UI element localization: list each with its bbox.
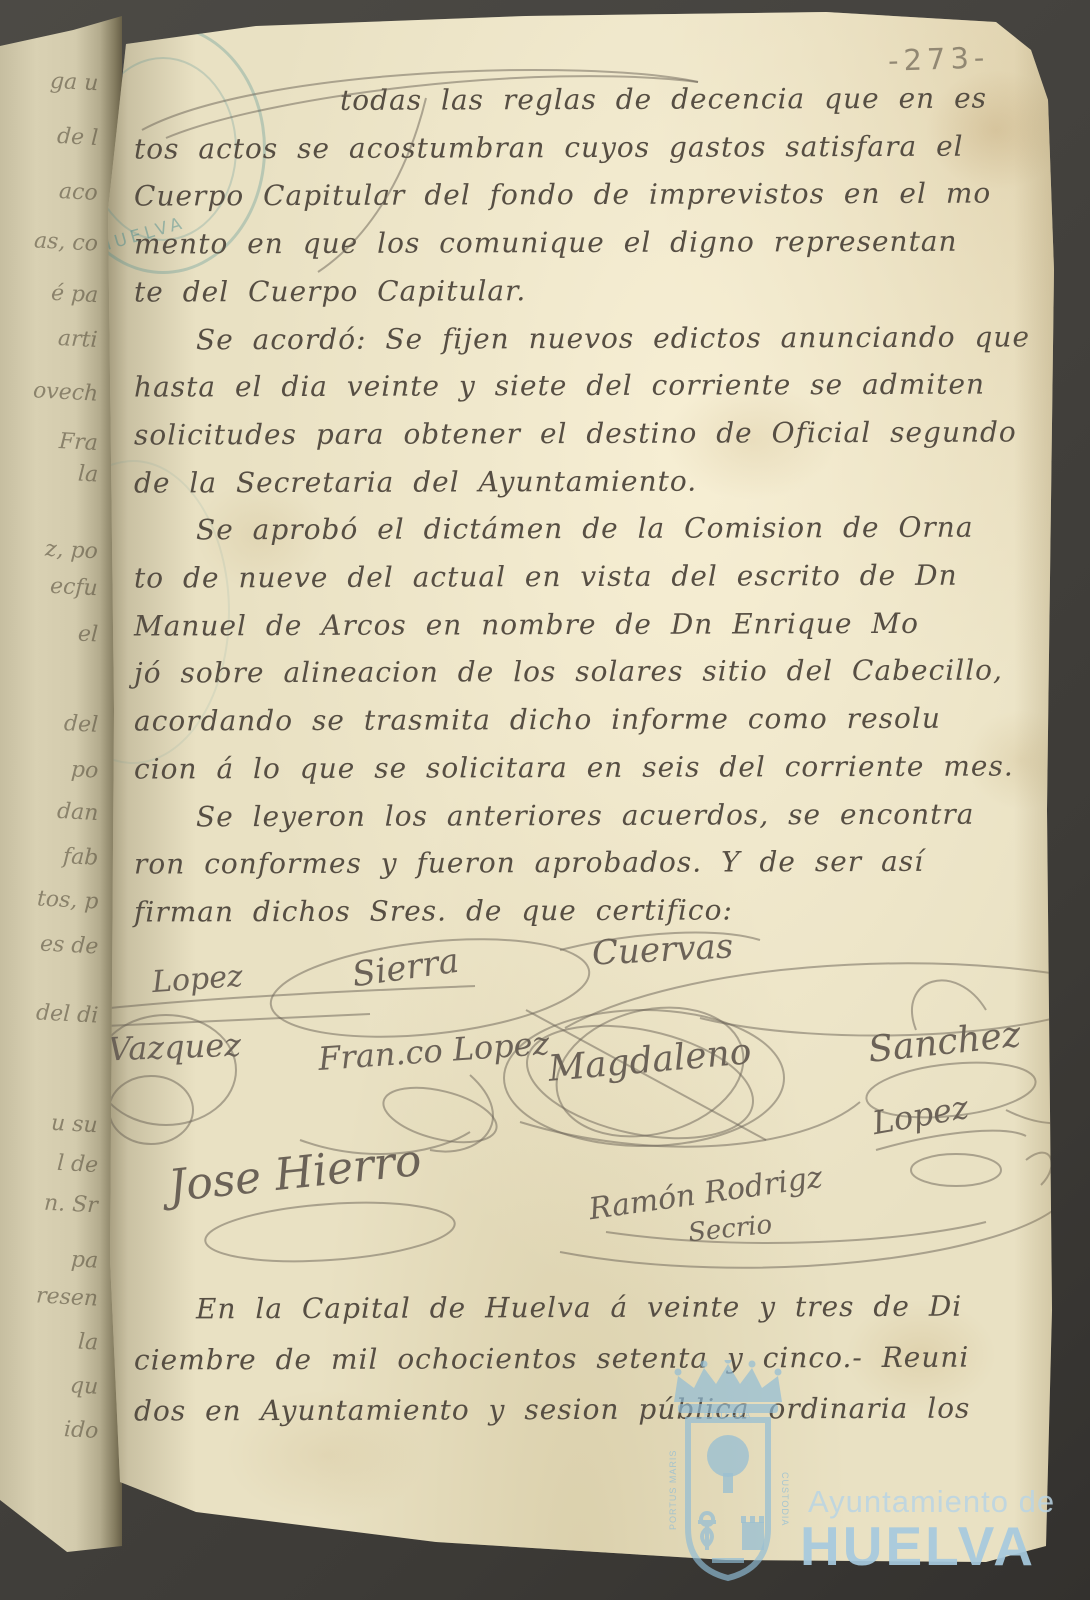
prev-page-text-fragment: pa bbox=[70, 1247, 98, 1273]
manuscript-closing: En la Capital de Huelva á veinte y tres … bbox=[134, 1282, 1029, 1435]
manuscript-line: Se aprobó el dictámen de la Comision de … bbox=[134, 504, 1029, 555]
prev-page-text-fragment: el bbox=[77, 621, 98, 647]
manuscript-line: de la Secretaria del Ayuntamiento. bbox=[134, 456, 1029, 507]
signature: Magdaleno bbox=[547, 1031, 753, 1090]
prev-page-text-fragment: ovech bbox=[32, 378, 98, 406]
prev-page-text-fragment: as, co bbox=[33, 228, 98, 256]
prev-page-text-fragment: fab bbox=[62, 844, 99, 871]
signature: Jose Hierro bbox=[166, 1135, 424, 1212]
manuscript-line: dos en Ayuntamiento y sesion pública ord… bbox=[134, 1382, 1029, 1436]
manuscript-body: todas las reglas de decencia que en es t… bbox=[134, 76, 1029, 935]
prev-page-text-fragment: arti bbox=[58, 326, 99, 353]
prev-page-text-fragment: Fra bbox=[58, 429, 98, 456]
manuscript-line: ciembre de mil ochocientos setenta y cin… bbox=[134, 1331, 1029, 1385]
manuscript-line: te del Cuerpo Capitular. bbox=[134, 265, 1029, 316]
prev-page-text-fragment: z, po bbox=[44, 537, 98, 565]
prev-page-text-fragment: tos, p bbox=[36, 886, 99, 914]
manuscript-line: Cuerpo Capitular del fondo de imprevisto… bbox=[134, 170, 1029, 221]
signature: Secrio bbox=[687, 1210, 774, 1249]
signature: Sierra bbox=[350, 941, 462, 996]
manuscript-line: cion á lo que se solicitara en seis del … bbox=[134, 742, 1029, 793]
prev-page-text-fragment: u su bbox=[51, 1111, 99, 1138]
manuscript-line: Se leyeron los anteriores acuerdos, se e… bbox=[134, 790, 1029, 841]
manuscript-line: todas las reglas de decencia que en es bbox=[134, 74, 1029, 125]
prev-page-text-fragment: po bbox=[70, 757, 99, 783]
manuscript-line: firman dichos Sres. de que certifico: bbox=[134, 885, 1029, 936]
manuscript-line: solicitudes para obtener el destino de O… bbox=[134, 408, 1029, 459]
manuscript-line: to de nueve del actual en vista del escr… bbox=[134, 551, 1029, 602]
prev-page-text-fragment: ecfu bbox=[50, 574, 99, 601]
prev-page-text-fragment: de l bbox=[56, 124, 98, 151]
manuscript-page: HUELVA -273- todas las reglas de decenci… bbox=[106, 10, 1054, 1572]
prev-page-text-fragment: l de bbox=[56, 1151, 98, 1178]
signature: Vazquez bbox=[107, 1026, 241, 1069]
prev-page-text-fragment: ga u bbox=[49, 69, 99, 96]
prev-page-text-fragment: resen bbox=[35, 1283, 98, 1311]
prev-page-text-fragment: aco bbox=[59, 179, 99, 206]
signature: Lopez bbox=[151, 959, 244, 1000]
manuscript-line: jó sobre alineacion de los solares sitio… bbox=[134, 647, 1029, 698]
prev-page-text-fragment: del di bbox=[35, 1000, 98, 1028]
prev-page-text-fragment: qu bbox=[69, 1373, 99, 1399]
manuscript-line: tos actos se acostumbran cuyos gastos sa… bbox=[134, 122, 1029, 173]
prev-page-text-fragment: la bbox=[77, 1329, 98, 1355]
signature: Cuervas bbox=[591, 926, 734, 973]
previous-page-edge: ga u de l aco as, co é pa arti ovech Fra… bbox=[0, 0, 122, 1554]
prev-page-text-fragment: es de bbox=[39, 931, 99, 959]
signature: Lopez bbox=[869, 1088, 971, 1142]
manuscript-line: acordando se trasmita dicho informe como… bbox=[134, 695, 1029, 746]
manuscript-line: Se acordó: Se fijen nuevos edictos anunc… bbox=[134, 313, 1029, 364]
prev-page-text-fragment: la bbox=[77, 461, 98, 487]
prev-page-text-fragment: dan bbox=[56, 799, 99, 826]
prev-page-text-fragment: del bbox=[63, 711, 98, 738]
page-number: -273- bbox=[887, 40, 989, 78]
prev-page-text-fragment: é pa bbox=[50, 281, 98, 308]
scanned-manuscript: { "page": { "number": "-273-" }, "stamp"… bbox=[0, 0, 1090, 1600]
manuscript-line: En la Capital de Huelva á veinte y tres … bbox=[134, 1280, 1029, 1334]
manuscript-line: ron conformes y fueron aprobados. Y de s… bbox=[134, 838, 1029, 889]
manuscript-line: Manuel de Arcos en nombre de Dn Enrique … bbox=[134, 599, 1029, 650]
signature: Sanchez bbox=[866, 1014, 1022, 1071]
manuscript-line: mento en que los comunique el digno repr… bbox=[134, 218, 1029, 269]
signature: Fran.co Lopez bbox=[317, 1024, 551, 1078]
manuscript-line: hasta el dia veinte y siete del corrient… bbox=[134, 361, 1029, 412]
prev-page-text-fragment: ido bbox=[63, 1417, 99, 1444]
prev-page-text-fragment: n. Sr bbox=[44, 1191, 99, 1219]
